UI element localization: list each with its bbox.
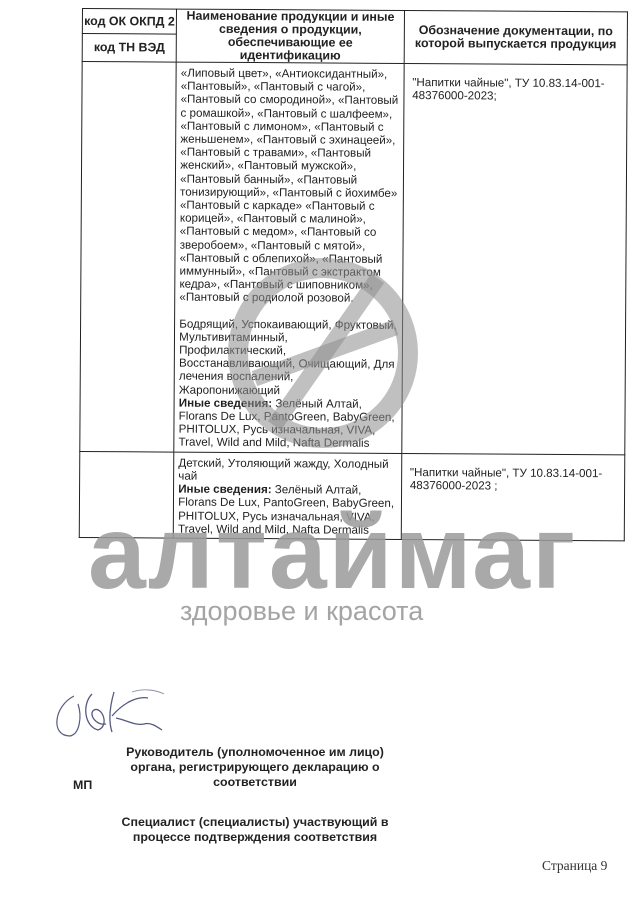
header-okpd2: код ОК ОКПД 2 xyxy=(82,9,176,35)
products-table: код ОК ОКПД 2 Наименование продукции и и… xyxy=(79,8,628,541)
other-info-label: Иные сведения: xyxy=(179,396,272,410)
header-documentation: Обозначение документации, по которой вып… xyxy=(404,10,628,64)
watermark-tagline: здоровье и красота xyxy=(180,596,423,627)
other-info: Иные сведения: Зелёный Алтай, Florans De… xyxy=(178,396,397,450)
product-types: Бодрящий, Успокаивающий, Фруктовый, Муль… xyxy=(179,317,398,398)
stamp-label: МП xyxy=(73,778,92,792)
table-row: «Липовый цвет», «Антиоксидантный», «Пант… xyxy=(80,62,627,455)
signer-manager: Руководитель (уполномоченное им лицо) ор… xyxy=(110,745,400,790)
product-types: Детский, Утоляющий жажду, Холодный чай xyxy=(178,456,397,484)
signature-icon xyxy=(52,686,182,746)
signer-specialist: Специалист (специалисты) участвующий в п… xyxy=(110,815,400,845)
product-names: «Липовый цвет», «Антиоксидантный», «Пант… xyxy=(179,67,399,306)
page-number: Страница 9 xyxy=(542,858,607,874)
header-tn-ved: код ТН ВЭД xyxy=(82,34,176,62)
documentation-text: "Напитки чайные", ТУ 10.83.14-001-483760… xyxy=(402,454,624,496)
header-product-name: Наименование продукции и иные сведения о… xyxy=(176,9,404,63)
documentation-text: "Напитки чайные", ТУ 10.83.14-001-483760… xyxy=(404,64,626,106)
documentation-cell: "Напитки чайные", ТУ 10.83.14-001-483760… xyxy=(402,63,628,454)
code-cell xyxy=(80,62,177,452)
product-cell: «Липовый цвет», «Антиоксидантный», «Пант… xyxy=(174,62,404,453)
watermark-brand: алтаймаг xyxy=(88,498,577,608)
